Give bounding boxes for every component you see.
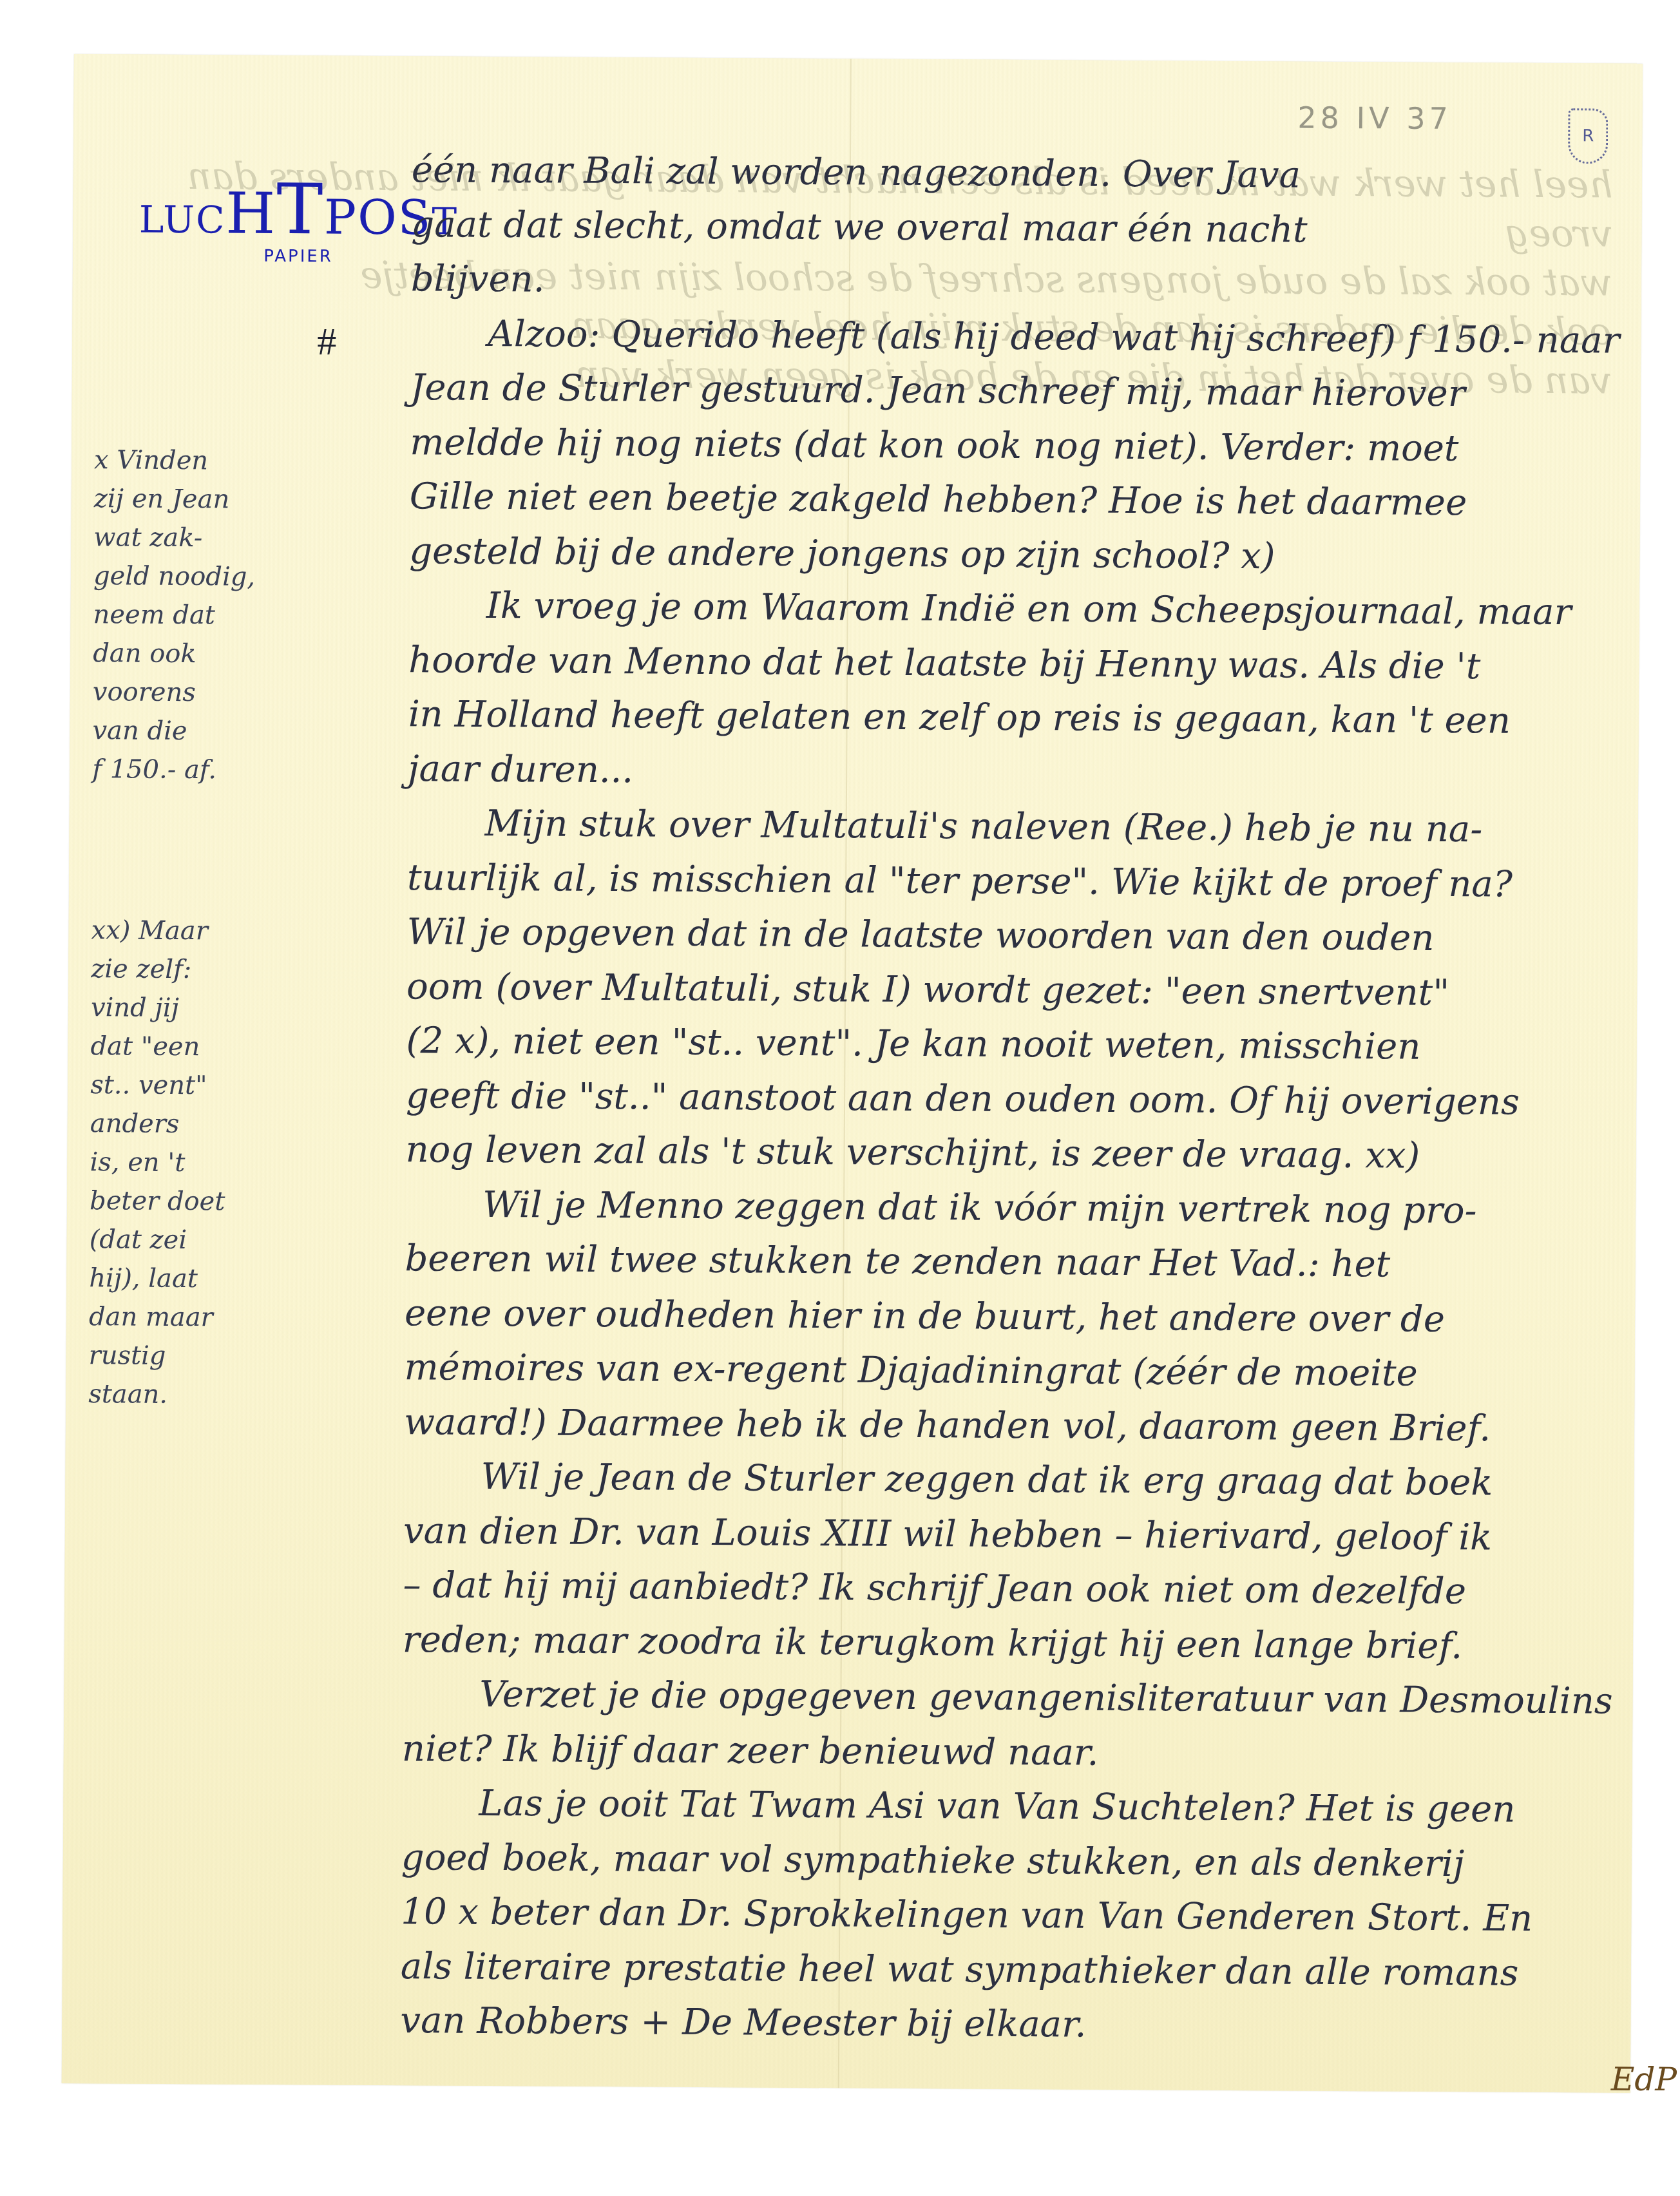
letter-line: waard!) Daarmee heb ik de handen vol, da… (404, 1395, 1628, 1457)
margin-note-line: f 150.- af. (92, 750, 298, 790)
margin-note-2: xx) Maarzie zelf:vind jijdat "eenst.. ve… (88, 911, 298, 1415)
letter-line: gaat dat slecht, omdat we overal maar éé… (411, 198, 1635, 260)
margin-note-1: x Vindenzij en Jeanwat zak-geld noodig,n… (92, 441, 300, 790)
letter-line: goed boek, maar vol sympathieke stukken,… (401, 1831, 1625, 1893)
letter-line: tuurlijk al, is misschien al "ter perse"… (407, 851, 1631, 913)
letter-line: oom (over Multatuli, stuk I) wordt gezet… (406, 960, 1630, 1022)
letter-line: één naar Bali zal worden nagezonden. Ove… (412, 143, 1636, 205)
margin-note-line: geld noodig, (93, 557, 300, 597)
letter-line: Wil je Menno zeggen dat ik vóór mijn ver… (405, 1178, 1629, 1239)
margin-note-line: wat zak- (93, 518, 300, 558)
letter-line: hoorde van Menno dat het laatste bij Hen… (408, 633, 1632, 695)
letter-line: geeft die "st.." aanstoot aan den ouden … (406, 1069, 1630, 1131)
letter-line: in Holland heeft gelaten en zelf op reis… (408, 687, 1632, 749)
letter-line: Verzet je die opgegeven gevangenislitera… (402, 1667, 1626, 1729)
signature-initials: EdP (1611, 2061, 1677, 2099)
margin-note-line: beter doet (90, 1181, 296, 1221)
letter-line: Wil je opgeven dat in de laatste woorden… (406, 905, 1630, 967)
margin-note-line: zie zelf: (91, 950, 297, 989)
letter-line: Gille niet een beetje zakgeld hebben? Ho… (410, 470, 1634, 531)
stamp-label: R (1582, 126, 1594, 146)
letter-line: 10 x beter dan Dr. Sprokkelingen van Van… (401, 1885, 1625, 1947)
margin-note-line: van die (92, 711, 298, 751)
margin-note-line: zij en Jean (94, 479, 300, 519)
letter-line: reden; maar zoodra ik terugkom krijgt hi… (403, 1613, 1627, 1675)
letter-line: (2 x), niet een "st.. vent". Je kan nooi… (406, 1014, 1630, 1076)
letter-line: mémoires van ex-regent Djajadiningrat (z… (404, 1341, 1628, 1402)
crossed-out-mark-icon: # (317, 320, 336, 364)
letter-line: blijven. (411, 252, 1635, 314)
letter-line: als literaire prestatie heel wat sympath… (401, 1940, 1625, 2001)
letter-line: Mijn stuk over Multatuli's naleven (Ree.… (407, 796, 1631, 858)
letter-line: jaar duren... (408, 742, 1632, 804)
letter-line: Jean de Sturler gestuurd. Jean schreef m… (410, 361, 1634, 423)
margin-note-line: voorens (93, 673, 299, 712)
margin-note-line: rustig (88, 1336, 294, 1376)
margin-note-line: neem dat (93, 595, 300, 635)
letter-line: Alzoo: Querido heeft (als hij deed wat h… (410, 307, 1634, 368)
letter-line: gesteld bij de andere jongens op zijn sc… (409, 524, 1633, 586)
margin-note-line: is, en 't (90, 1143, 296, 1183)
letter-line: nog leven zal als 't stuk verschijnt, is… (405, 1123, 1629, 1185)
letter-line: Wil je Jean de Sturler zeggen dat ik erg… (403, 1449, 1627, 1511)
letter-line: eene over oudheden hier in de buurt, het… (405, 1286, 1628, 1348)
margin-note-line: staan. (88, 1375, 294, 1415)
margin-note-line: dan maar (89, 1297, 295, 1337)
letter-line: van Robbers + De Meester bij elkaar. (400, 1994, 1624, 2056)
margin-note-line: dan ook (93, 634, 299, 674)
archive-date-annotation: 28 IV 37 (1297, 100, 1452, 136)
margin-note-line: anders (90, 1104, 296, 1144)
margin-note-line: hij), laat (89, 1259, 295, 1299)
letter-line: Ik vroeg je om Waarom Indië en om Scheep… (409, 578, 1633, 640)
letter-line: van dien Dr. van Louis XIII wil hebben –… (403, 1504, 1627, 1566)
margin-note-line: dat "een (90, 1027, 296, 1067)
margin-note-line: (dat zei (90, 1220, 296, 1260)
letter-line: Las je ooit Tat Twam Asi van Van Suchtel… (401, 1776, 1625, 1838)
letter-line: beeren wil twee stukken te zenden naar H… (405, 1232, 1628, 1294)
letter-line: – dat hij mij aanbiedt? Ik schrijf Jean … (403, 1558, 1627, 1620)
margin-note-line: x Vinden (94, 441, 300, 481)
margin-note-line: st.. vent" (90, 1065, 296, 1105)
letter-sheet: heel het werk wat ik deed is als een nac… (62, 54, 1643, 2093)
margin-note-line: vind jij (91, 988, 297, 1028)
letter-line: niet? Ik blijf daar zeer benieuwd naar. (402, 1722, 1626, 1784)
margin-note-line: xx) Maar (91, 911, 298, 951)
letter-line: meldde hij nog niets (dat kon ook nog ni… (410, 415, 1634, 477)
letter-body: één naar Bali zal worden nagezonden. Ove… (400, 143, 1636, 2056)
